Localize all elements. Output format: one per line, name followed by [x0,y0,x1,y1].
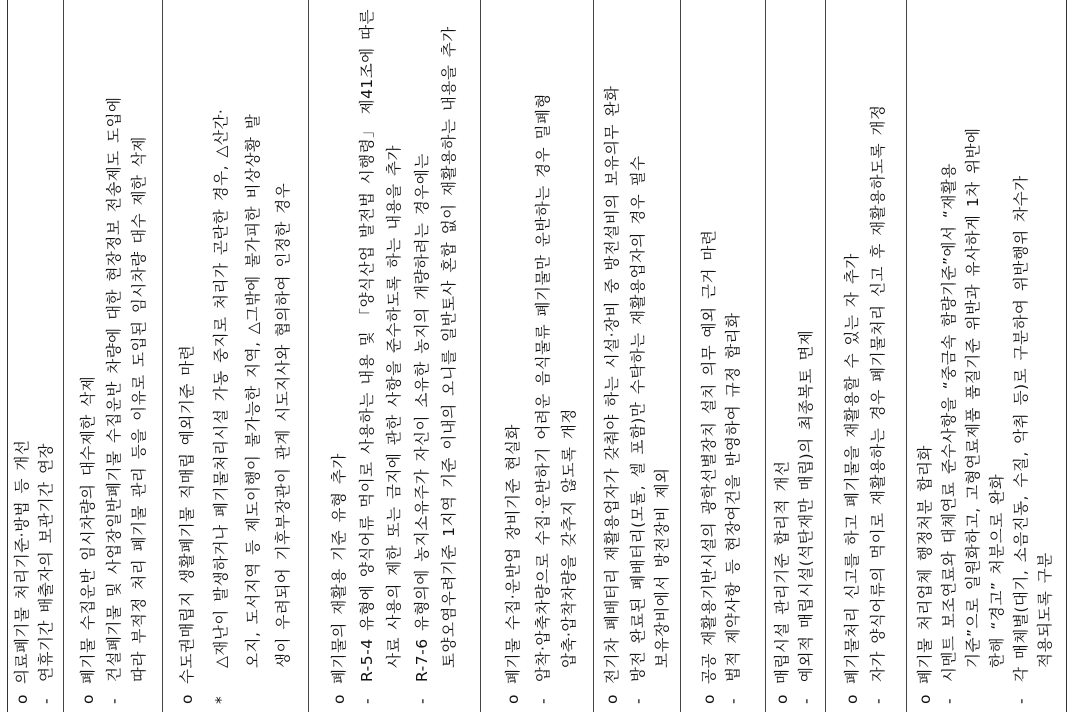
circle-bullet-icon: o [602,684,622,704]
dash-bullet-icon: - [868,682,888,704]
circle-bullet-icon: o [177,684,197,704]
dash-bullet-icon: - [533,682,553,704]
continuation-line: 따라 부적정 처리 폐기물 관리 등을 이유로 도입된 임시차량 대수 제한 삭… [129,136,149,704]
sub-item: -R-5-4 유형에 양식어류 먹이로 사용하는 내용 및 「양식산업 발전법 … [357,9,377,704]
circle-bullet-icon: o [915,684,935,704]
circle-bullet-icon: o [78,684,98,704]
circle-bullet-icon: o [699,684,719,704]
sub-item: -압착·압축차량으로 수집·운반하기 어려운 음식물류 폐기물만 운반하는 경우… [533,93,553,704]
continuation-line: 압축·압착차량을 갖추지 않도록 개정 [559,408,579,704]
sub-item: -시멘트 보조연료와 대체연료 준수사항을 “중금속 함량기준”에서 “재활용 [939,163,959,704]
section-collection-equipment: o폐기물 수집·운반업 장비기준 현실화 -압착·압축차량으로 수집·운반하기 … [481,0,594,712]
sub-item: -법적 제약사항 등 현장여건을 반영하여 규정 합리화 [723,313,743,705]
continuation-line: 사료 사용의 제한 또는 금지에 관한 사항을 준수하도록 하는 내용을 추가 [384,145,404,704]
rotated-document-page: o의료폐기물 처리기준·방법 등 개선 -연휴기간 배출자의 보관기간 연장 o… [0,0,1076,712]
sub-item: -연휴기간 배출자의 보관기간 연장 [36,443,56,704]
main-item: o매립시설 관리기준 합리적 개선 [772,461,792,704]
section-recycling-report: o폐기물처리 신고를 하고 폐기물을 재활용할 수 있는 자 추가 -자가 양식… [826,0,907,712]
main-item: o의료폐기물 처리기준·방법 등 개선 [12,440,32,704]
continuation-line: 토양오염우려기준 1지역 기준 이내의 오니를 일반토사 혼합 없이 재활용하는… [439,26,459,704]
sub-item: -각 매체별(대기, 소음진동, 수질, 악취 등)로 구분하여 위반행위 차수… [1011,175,1031,704]
sub-item: -자가 양식어류의 먹이로 재활용하는 경우 폐기물처리 신고 후 재활용하도록… [868,105,888,704]
amendment-summary-table: o의료폐기물 처리기준·방법 등 개선 -연휴기간 배출자의 보관기간 연장 o… [7,0,1067,712]
note-item: *△재난이 발생하거나 폐기물처리시설 가동 중지로 처리가 곤란한 경우, △… [211,109,231,704]
asterisk-note-icon: * [211,668,231,704]
dash-bullet-icon: - [1011,682,1031,704]
sub-item: -예외적 매립시설(석탄재만 매립)의 최종복토 면제 [796,330,816,704]
dash-bullet-icon: - [412,682,432,704]
main-item: o폐기물처리 신고를 하고 폐기물을 재활용할 수 있는 자 추가 [842,253,862,704]
continuation-line: 적용되도록 구분 [1035,552,1055,704]
section-administrative-sanctions: o폐기물 처리업체 행정처분 합리화 -시멘트 보조연료와 대체연료 준수사항을… [907,0,1068,712]
section-medical-waste: o의료폐기물 처리기준·방법 등 개선 -연휴기간 배출자의 보관기간 연장 [8,0,64,712]
circle-bullet-icon: o [842,684,862,704]
circle-bullet-icon: o [772,684,792,704]
main-item: o수도권매립지 생활폐기물 직매립 예외기준 마련 [177,345,197,704]
section-temp-vehicle-limit: o폐기물 수집운반 임시차량의 대수제한 삭제 -건설폐기물 및 사업장일반폐기… [64,0,163,712]
dash-bullet-icon: - [939,682,959,704]
continuation-line: 생이 우려되어 기후부장관이 관계 시도지사와 협의하여 인정한 경우 [273,183,293,704]
main-item: o폐기물 수집운반 임시차량의 대수제한 삭제 [78,376,98,704]
continuation-line: 보유장비에서 방전장비 제외 [652,467,672,704]
continuation-line: 기준”으로 일원화하고, 고형연료제품 품질기준 위반과 유사하게 1차 위반에 [963,128,983,705]
dash-bullet-icon: - [104,682,124,704]
circle-bullet-icon: o [329,684,349,704]
dash-bullet-icon: - [357,682,377,704]
dash-bullet-icon: - [628,682,648,704]
main-item: o전기차 폐배터리 재활용업자가 갖춰야 하는 시설·장비 중 방전설비의 보유… [602,86,622,704]
section-recycling-types: o폐기물의 재활용 기준 유형 추가 -R-5-4 유형에 양식어류 먹이로 사… [309,0,481,712]
sub-item: -R-7-6 유형의에 농지소유주가 자신이 소유한 농지의 개량하려는 경우에… [412,153,432,704]
section-ev-battery: o전기차 폐배터리 재활용업자가 갖춰야 하는 시설·장비 중 방전설비의 보유… [594,0,681,712]
continuation-line: 오지, 도서지역 등 제도이행이 불가능한 지역, △그밖에 불가피한 비상상황… [243,114,263,704]
sub-item: -방전 완료된 폐배터리(모듈, 셀 포함)만 수탁하는 재활용업자의 경우 필… [628,155,648,704]
sub-item: -건설폐기물 및 사업장일반폐기물 수집운반 차량에 대한 현장정보 전송제도 … [104,96,124,704]
continuation-line: 한해 “경고” 처분으로 완화 [987,474,1007,704]
main-item: o폐기물의 재활용 기준 유형 추가 [329,453,349,704]
main-item: o폐기물 처리업체 행정처분 합리화 [915,445,935,704]
main-item: o공공 재활용기반시설의 광학선별장치 설치 의무 예외 근거 마련 [699,230,719,704]
section-optical-sorter: o공공 재활용기반시설의 광학선별장치 설치 의무 예외 근거 마련 -법적 제… [681,0,766,712]
circle-bullet-icon: o [12,684,32,704]
circle-bullet-icon: o [503,684,523,704]
section-landfill-exception: o수도권매립지 생활폐기물 직매립 예외기준 마련 *△재난이 발생하거나 폐기… [163,0,309,712]
dash-bullet-icon: - [796,682,816,704]
dash-bullet-icon: - [723,682,743,704]
dash-bullet-icon: - [36,682,56,704]
section-landfill-management: o매립시설 관리기준 합리적 개선 -예외적 매립시설(석탄재만 매립)의 최종… [766,0,826,712]
main-item: o폐기물 수집·운반업 장비기준 현실화 [503,424,523,704]
